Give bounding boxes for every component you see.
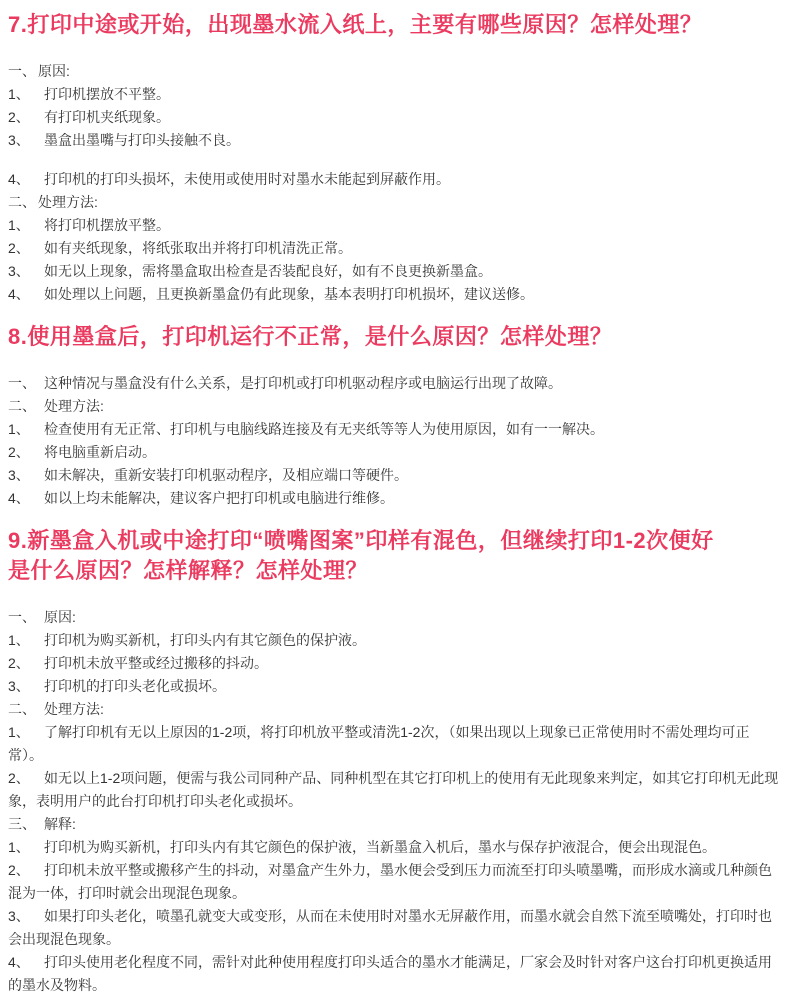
item-marker: 1、 [8,83,44,106]
list-item: 二、处理方法: [8,698,782,721]
item-text: 打印机未放平整或搬移产生的抖动，对墨盒产生外力，墨水便会受到压力而流至打印头喷墨… [8,862,772,901]
list-item: 4、如以上均未能解决，建议客户把打印机或电脑进行维修。 [8,487,782,510]
item-text: 有打印机夹纸现象。 [44,109,170,125]
item-marker: 1、 [8,721,44,744]
item-text: 将打印机摆放平整。 [44,217,170,233]
list-item: 3、打印机的打印头老化或损坏。 [8,675,782,698]
list-item: 1、打印机摆放不平整。 [8,83,782,106]
list-item: 一、原因: [8,606,782,629]
item-text: 如有夹纸现象，将纸张取出并将打印机清洗正常。 [44,240,352,256]
item-marker: 3、 [8,260,44,283]
item-text: 解释: [44,816,76,832]
item-marker: 1、 [8,418,44,441]
list-item: 4、如处理以上问题，且更换新墨盒仍有此现象，基本表明打印机损坏，建议送修。 [8,283,782,306]
item-marker: 一、 [8,60,38,83]
item-marker: 3、 [8,129,44,152]
item-text: 处理方法: [44,398,104,414]
item-marker: 三、 [8,813,44,836]
item-marker: 二、 [8,191,38,214]
item-text: 打印机的打印头损坏，未使用或使用时对墨水未能起到屏蔽作用。 [44,171,450,187]
item-marker: 1、 [8,629,44,652]
list-item: 二、处理方法: [8,191,782,214]
list-item: 3、如果打印头老化，喷墨孔就变大或变形，从而在未使用时对墨水无屏蔽作用，而墨水就… [8,905,782,951]
faq-document: 7.打印中途或开始，出现墨水流入纸上，主要有哪些原因？怎样处理？一、原因:1、打… [0,0,790,1007]
heading-line: 9.新墨盒入机或中途打印“喷嘴图案”印样有混色，但继续打印1-2次便好 [8,526,782,556]
item-marker: 3、 [8,905,44,928]
item-marker: 2、 [8,237,44,260]
list-item: 1、了解打印机有无以上原因的1-2项，将打印机放平整或清洗1-2次，（如果出现以… [8,721,782,767]
list-item: 4、打印头使用老化程度不同，需针对此种使用程度打印头适合的墨水才能满足，厂家会及… [8,951,782,997]
list-item: 1、检查使用有无正常、打印机与电脑线路连接及有无夹纸等等人为使用原因，如有一一解… [8,418,782,441]
list-item: 2、如有夹纸现象，将纸张取出并将打印机清洗正常。 [8,237,782,260]
list-item: 3、如未解决，重新安装打印机驱动程序，及相应端口等硬件。 [8,464,782,487]
item-marker: 2、 [8,652,44,675]
item-text: 打印机未放平整或经过搬移的抖动。 [44,655,268,671]
item-text: 打印头使用老化程度不同，需针对此种使用程度打印头适合的墨水才能满足，厂家会及时针… [8,954,772,993]
item-text: 如无以上1-2项问题，便需与我公司同种产品、同种机型在其它打印机上的使用有无此现… [8,770,778,809]
list-item: 1、将打印机摆放平整。 [8,214,782,237]
item-text: 原因: [44,609,76,625]
list-item: 2、将电脑重新启动。 [8,441,782,464]
section-heading: 9.新墨盒入机或中途打印“喷嘴图案”印样有混色，但继续打印1-2次便好是什么原因… [8,526,782,586]
list-item: 1、打印机为购买新机，打印头内有其它颜色的保护液，当新墨盒入机后，墨水与保存护液… [8,836,782,859]
heading-line: 8.使用墨盒后，打印机运行不正常，是什么原因？怎样处理？ [8,322,782,352]
item-marker: 2、 [8,106,44,129]
list-item: 2、有打印机夹纸现象。 [8,106,782,129]
heading-line: 7.打印中途或开始，出现墨水流入纸上，主要有哪些原因？怎样处理？ [8,10,782,40]
item-marker: 2、 [8,767,44,790]
item-text: 处理方法: [38,194,98,210]
list-item: 3、如无以上现象，需将墨盒取出检查是否装配良好，如有不良更换新墨盒。 [8,260,782,283]
item-marker: 2、 [8,441,44,464]
item-text: 打印机的打印头老化或损坏。 [44,678,226,694]
item-text: 处理方法: [44,701,104,717]
list-item: 一、原因: [8,60,782,83]
item-text: 如果打印头老化，喷墨孔就变大或变形，从而在未使用时对墨水无屏蔽作用，而墨水就会自… [8,908,772,947]
list-item: 2、如无以上1-2项问题，便需与我公司同种产品、同种机型在其它打印机上的使用有无… [8,767,782,813]
item-text: 如处理以上问题，且更换新墨盒仍有此现象，基本表明打印机损坏，建议送修。 [44,286,534,302]
faq-section: 9.新墨盒入机或中途打印“喷嘴图案”印样有混色，但继续打印1-2次便好是什么原因… [8,526,782,997]
item-text: 如无以上现象，需将墨盒取出检查是否装配良好，如有不良更换新墨盒。 [44,263,492,279]
item-text: 将电脑重新启动。 [44,444,156,460]
item-text: 如未解决，重新安装打印机驱动程序，及相应端口等硬件。 [44,467,408,483]
item-text: 打印机为购买新机，打印头内有其它颜色的保护液。 [44,632,366,648]
item-marker: 一、 [8,372,44,395]
item-marker: 4、 [8,168,44,191]
item-marker: 4、 [8,487,44,510]
item-marker: 1、 [8,214,44,237]
list-item: 1、打印机为购买新机，打印头内有其它颜色的保护液。 [8,629,782,652]
item-text: 了解打印机有无以上原因的1-2项，将打印机放平整或清洗1-2次，（如果出现以上现… [8,724,749,763]
faq-section: 7.打印中途或开始，出现墨水流入纸上，主要有哪些原因？怎样处理？一、原因:1、打… [8,10,782,306]
item-marker: 一、 [8,606,44,629]
item-text: 这种情况与墨盒没有什么关系，是打印机或打印机驱动程序或电脑运行出现了故障。 [44,375,562,391]
list-item: 2、打印机未放平整或经过搬移的抖动。 [8,652,782,675]
section-heading: 8.使用墨盒后，打印机运行不正常，是什么原因？怎样处理？ [8,322,782,352]
faq-section: 8.使用墨盒后，打印机运行不正常，是什么原因？怎样处理？一、这种情况与墨盒没有什… [8,322,782,510]
item-marker: 3、 [8,675,44,698]
item-text: 打印机摆放不平整。 [44,86,170,102]
item-text: 墨盒出墨嘴与打印头接触不良。 [44,132,240,148]
item-marker: 2、 [8,859,44,882]
list-item: 一、这种情况与墨盒没有什么关系，是打印机或打印机驱动程序或电脑运行出现了故障。 [8,372,782,395]
item-text: 打印机为购买新机，打印头内有其它颜色的保护液，当新墨盒入机后，墨水与保存护液混合… [44,839,716,855]
item-marker: 4、 [8,283,44,306]
list-item: 二、处理方法: [8,395,782,418]
list-item: 3、墨盒出墨嘴与打印头接触不良。 [8,129,782,152]
item-text: 如以上均未能解决，建议客户把打印机或电脑进行维修。 [44,490,394,506]
item-marker: 二、 [8,698,44,721]
item-marker: 4、 [8,951,44,974]
item-text: 检查使用有无正常、打印机与电脑线路连接及有无夹纸等等人为使用原因，如有一一解决。 [44,421,604,437]
list-item: 2、打印机未放平整或搬移产生的抖动，对墨盒产生外力，墨水便会受到压力而流至打印头… [8,859,782,905]
heading-line: 是什么原因？怎样解释？怎样处理？ [8,556,782,586]
list-item: 4、打印机的打印头损坏，未使用或使用时对墨水未能起到屏蔽作用。 [8,168,782,191]
item-text: 原因: [38,63,70,79]
section-heading: 7.打印中途或开始，出现墨水流入纸上，主要有哪些原因？怎样处理？ [8,10,782,40]
item-marker: 二、 [8,395,44,418]
item-marker: 1、 [8,836,44,859]
list-item: 三、解释: [8,813,782,836]
item-marker: 3、 [8,464,44,487]
